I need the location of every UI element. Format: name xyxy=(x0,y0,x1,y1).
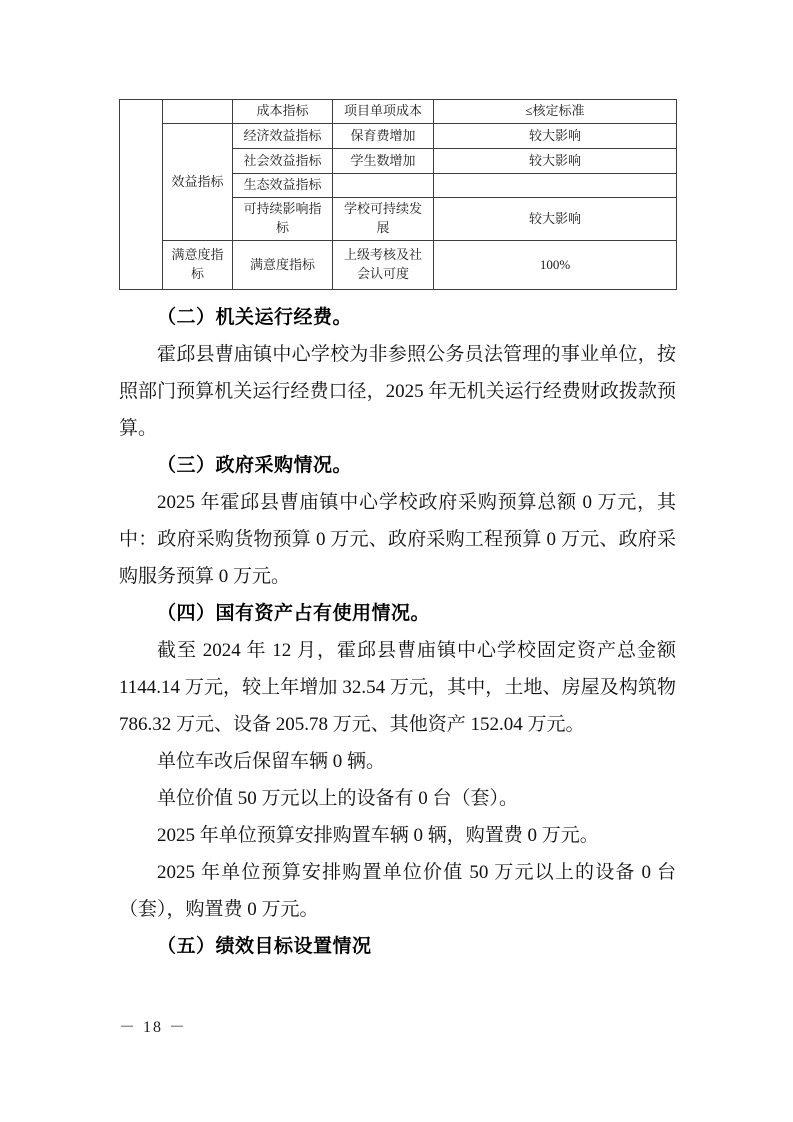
paragraph: 霍邱县曹庙镇中心学校为非参照公务员法管理的事业单位，按照部门预算机关运行经费口径… xyxy=(119,336,676,447)
table-cell-group-benefit: 效益指标 xyxy=(163,124,233,241)
table-cell-metric: 学生数增加 xyxy=(333,149,434,174)
document-page: { "page": { "background": "#ffffff", "te… xyxy=(0,0,793,1122)
table-cell-category: 生态效益指标 xyxy=(233,174,333,198)
table-cell-group-empty xyxy=(163,100,233,124)
section-performance-targets: （五）绩效目标设置情况 xyxy=(119,928,676,965)
table-cell-category: 成本指标 xyxy=(233,100,333,124)
section-heading: （四）国有资产占有使用情况。 xyxy=(119,595,676,632)
table-row: 成本指标 项目单项成本 ≤核定标准 xyxy=(120,100,677,124)
table-cell-category: 可持续影响指标 xyxy=(233,198,333,241)
table-cell-metric xyxy=(333,174,434,198)
page-number: － 18 － xyxy=(119,1014,187,1037)
table-cell-category: 满意度指标 xyxy=(233,241,333,290)
table-cell-metric: 上级考核及社会认可度 xyxy=(333,241,434,290)
paragraph: 2025 年单位预算安排购置单位价值 50 万元以上的设备 0 台（套），购置费… xyxy=(119,854,676,928)
performance-indicator-table: 成本指标 项目单项成本 ≤核定标准 效益指标 经济效益指标 保育费增加 较大影响… xyxy=(119,99,677,290)
table-cell-value: 较大影响 xyxy=(434,149,677,174)
table-cell-metric: 项目单项成本 xyxy=(333,100,434,124)
section-heading: （五）绩效目标设置情况 xyxy=(119,928,676,965)
table-cell-value xyxy=(434,174,677,198)
table-cell-category: 经济效益指标 xyxy=(233,124,333,149)
paragraph: 2025 年单位预算安排购置车辆 0 辆，购置费 0 万元。 xyxy=(119,817,676,854)
table-cell-group-satisfaction: 满意度指标 xyxy=(163,241,233,290)
table-cell-value: 较大影响 xyxy=(434,124,677,149)
table-cell-value: 100% xyxy=(434,241,677,290)
section-heading: （二）机关运行经费。 xyxy=(119,299,676,336)
table-cell-category: 社会效益指标 xyxy=(233,149,333,174)
table-cell-left-spacer xyxy=(120,100,163,290)
document-body: （二）机关运行经费。 霍邱县曹庙镇中心学校为非参照公务员法管理的事业单位，按照部… xyxy=(119,299,676,965)
table-row: 满意度指标 满意度指标 上级考核及社会认可度 100% xyxy=(120,241,677,290)
table-row: 效益指标 经济效益指标 保育费增加 较大影响 xyxy=(120,124,677,149)
paragraph: 2025 年霍邱县曹庙镇中心学校政府采购预算总额 0 万元，其中：政府采购货物预… xyxy=(119,484,676,595)
section-agency-operating-expenses: （二）机关运行经费。 霍邱县曹庙镇中心学校为非参照公务员法管理的事业单位，按照部… xyxy=(119,299,676,447)
table-cell-metric: 保育费增加 xyxy=(333,124,434,149)
paragraph: 单位车改后保留车辆 0 辆。 xyxy=(119,743,676,780)
table-cell-value: 较大影响 xyxy=(434,198,677,241)
table-cell-value: ≤核定标准 xyxy=(434,100,677,124)
paragraph: 单位价值 50 万元以上的设备有 0 台（套）。 xyxy=(119,780,676,817)
paragraph: 截至 2024 年 12 月，霍邱县曹庙镇中心学校固定资产总金额 1144.14… xyxy=(119,632,676,743)
page-content: 成本指标 项目单项成本 ≤核定标准 效益指标 经济效益指标 保育费增加 较大影响… xyxy=(119,99,676,965)
section-government-procurement: （三）政府采购情况。 2025 年霍邱县曹庙镇中心学校政府采购预算总额 0 万元… xyxy=(119,447,676,595)
section-heading: （三）政府采购情况。 xyxy=(119,447,676,484)
table-cell-metric: 学校可持续发展 xyxy=(333,198,434,241)
section-state-owned-assets: （四）国有资产占有使用情况。 截至 2024 年 12 月，霍邱县曹庙镇中心学校… xyxy=(119,595,676,928)
